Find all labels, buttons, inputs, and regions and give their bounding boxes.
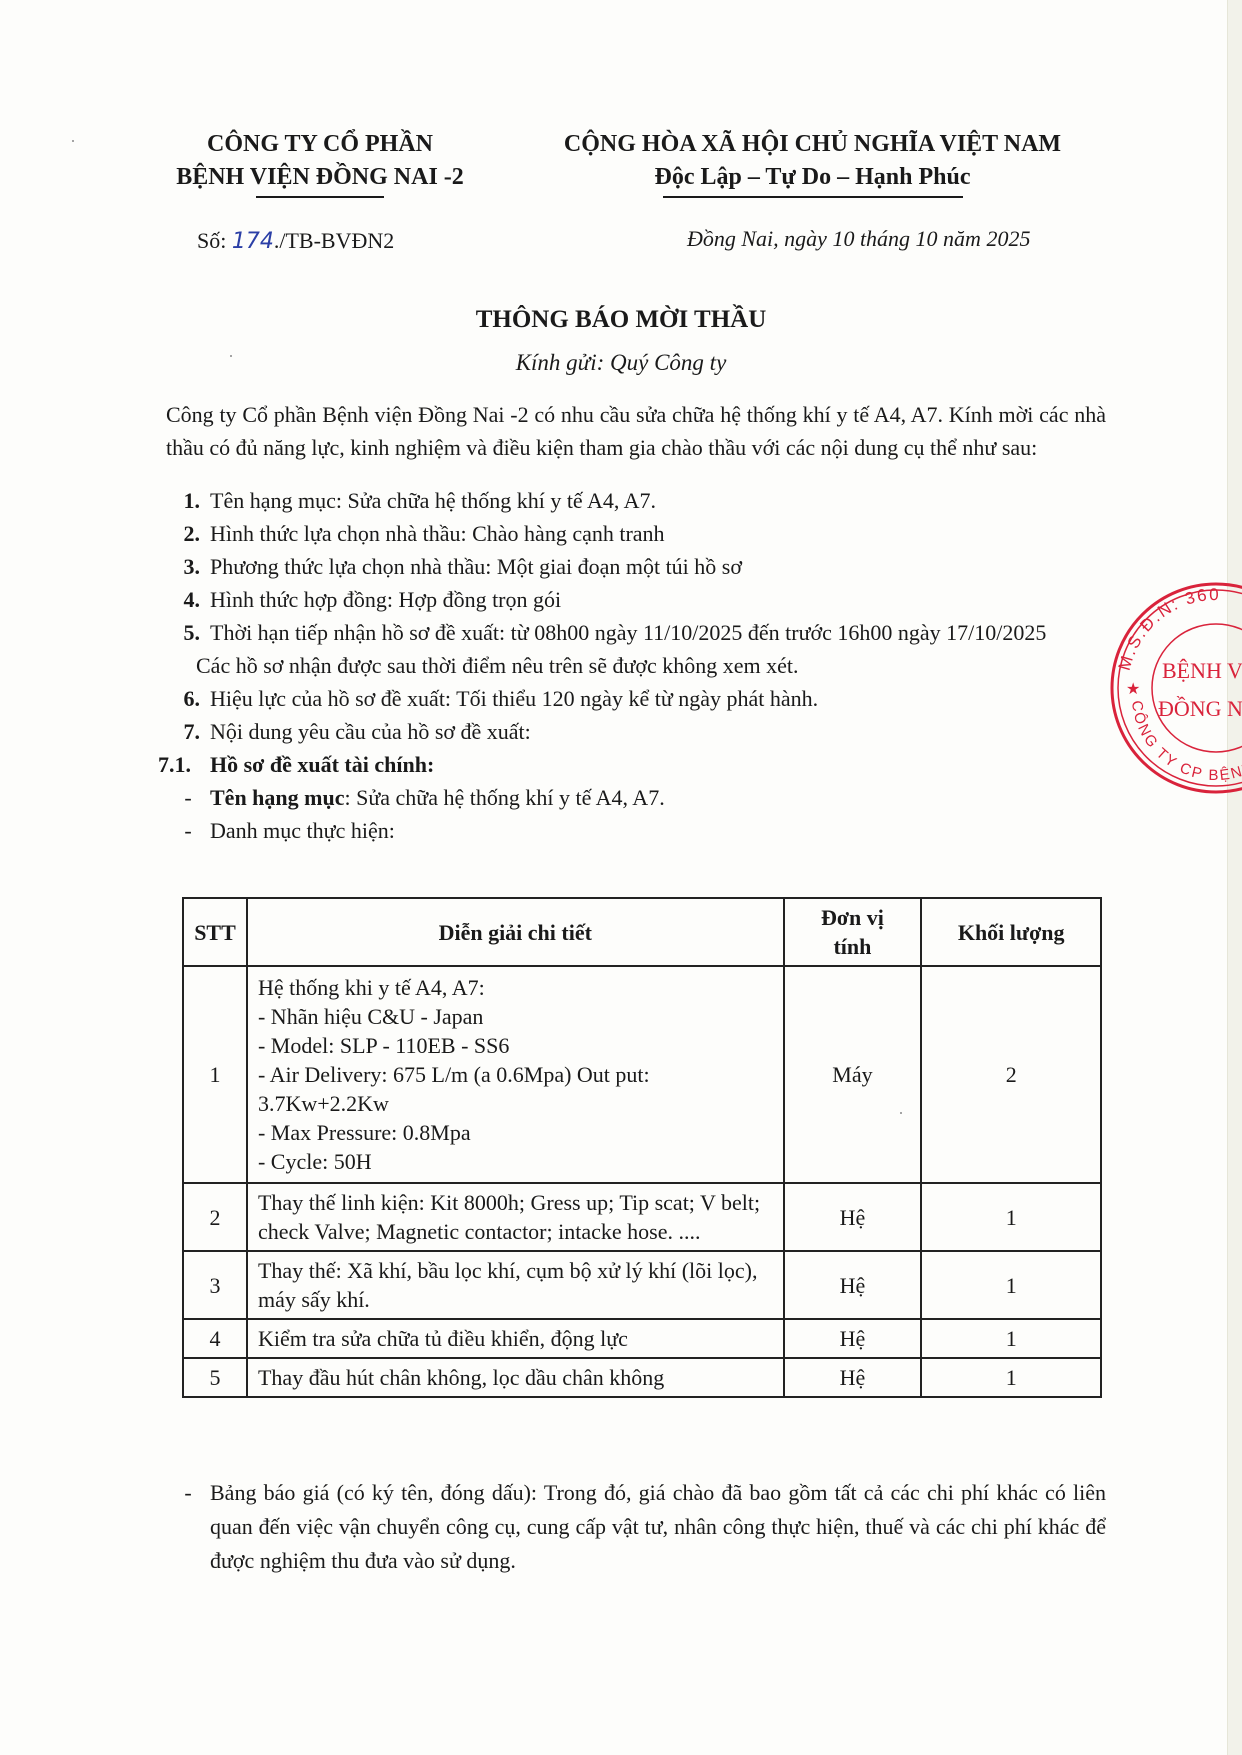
list-item: 4.Hình thức hợp đồng: Hợp đồng trọn gói xyxy=(166,583,1106,616)
motto-underline xyxy=(663,196,963,198)
description-line: Thay thế linh kiện: Kit 8000h; Gress up;… xyxy=(258,1188,773,1246)
item-number: 3. xyxy=(166,550,210,583)
item-number: 1. xyxy=(166,484,210,517)
cell-quantity: 1 xyxy=(921,1183,1101,1251)
description-line: - Air Delivery: 675 L/m (a 0.6Mpa) Out p… xyxy=(258,1060,773,1118)
bullet-item: -Bảng báo giá (có ký tên, đóng dấu): Tro… xyxy=(166,1476,1106,1578)
item-number: 2. xyxy=(166,517,210,550)
cell-unit: Hệ xyxy=(784,1183,922,1251)
item-text: Nội dung yêu cầu của hồ sơ đề xuất: xyxy=(210,715,1106,748)
list-item: 6.Hiệu lực của hồ sơ đề xuất: Tối thiểu … xyxy=(166,682,1106,715)
scan-speck xyxy=(900,1112,902,1114)
cell-unit: Máy xyxy=(784,966,922,1183)
table-row: 2Thay thế linh kiện: Kit 8000h; Gress up… xyxy=(183,1183,1101,1251)
item-number: 7. xyxy=(166,715,210,748)
quote-requirement-text: Bảng báo giá (có ký tên, đóng dấu): Tron… xyxy=(210,1476,1106,1578)
cell-description: Thay đầu hút chân không, lọc dầu chân kh… xyxy=(247,1358,784,1397)
stamp-center-line1: BỆNH V xyxy=(1162,658,1242,683)
work-items-table: STT Diễn giải chi tiết Đơn vị tính Khối … xyxy=(182,897,1102,1398)
item-text: Tên hạng mục: Sửa chữa hệ thống khí y tế… xyxy=(210,484,1106,517)
item-text: Hình thức lựa chọn nhà thầu: Chào hàng c… xyxy=(210,517,1106,550)
cell-quantity: 1 xyxy=(921,1358,1101,1397)
dash-bullet: - xyxy=(166,814,210,847)
cell-quantity: 2 xyxy=(921,966,1101,1183)
bullet-text: : Sửa chữa hệ thống khí y tế A4, A7. xyxy=(344,785,664,810)
cell-unit: Hệ xyxy=(784,1251,922,1319)
description-line: - Model: SLP - 110EB - SS6 xyxy=(258,1031,773,1060)
section-title: Hồ sơ đề xuất tài chính: xyxy=(210,748,434,781)
cell-description: Hệ thống khi y tế A4, A7:- Nhãn hiệu C&U… xyxy=(247,966,784,1183)
cell-stt: 3 xyxy=(183,1251,247,1319)
page-edge xyxy=(1227,0,1242,1755)
bullet-item: -Danh mục thực hiện: xyxy=(166,814,1106,847)
description-line: - Cycle: 50H xyxy=(258,1147,773,1176)
cell-quantity: 1 xyxy=(921,1251,1101,1319)
cell-stt: 2 xyxy=(183,1183,247,1251)
item-text: Phương thức lựa chọn nhà thầu: Một giai … xyxy=(210,550,1106,583)
scan-speck xyxy=(72,140,74,142)
bullet-bold: Tên hạng mục xyxy=(210,785,344,810)
item5-note: Các hồ sơ nhận được sau thời điểm nêu tr… xyxy=(166,649,1106,682)
scan-speck xyxy=(230,355,232,357)
col-header-description: Diễn giải chi tiết xyxy=(247,898,784,966)
cell-stt: 5 xyxy=(183,1358,247,1397)
cell-description: Thay thế: Xã khí, bầu lọc khí, cụm bộ xử… xyxy=(247,1251,784,1319)
item-number: 4. xyxy=(166,583,210,616)
list-item: 3.Phương thức lựa chọn nhà thầu: Một gia… xyxy=(166,550,1106,583)
table-row: 1Hệ thống khi y tế A4, A7:- Nhãn hiệu C&… xyxy=(183,966,1101,1183)
item-text: Hình thức hợp đồng: Hợp đồng trọn gói xyxy=(210,583,1106,616)
star-icon: ★ xyxy=(1126,679,1140,698)
intro-paragraph: Công ty Cổ phần Bệnh viện Đồng Nai -2 có… xyxy=(166,398,1106,464)
national-motto-block: CỘNG HÒA XÃ HỘI CHỦ NGHĨA VIỆT NAM Độc L… xyxy=(535,128,1090,198)
doc-number-handwritten: 174 xyxy=(232,229,274,254)
item-text: Thời hạn tiếp nhận hồ sơ đề xuất: từ 08h… xyxy=(210,616,1106,649)
item-number: 6. xyxy=(166,682,210,715)
table-header-row: STT Diễn giải chi tiết Đơn vị tính Khối … xyxy=(183,898,1101,966)
salutation: Kính gửi: Quý Công ty xyxy=(0,350,1242,376)
bullet-item: -Tên hạng mục: Sửa chữa hệ thống khí y t… xyxy=(166,781,1106,814)
table-row: 4Kiểm tra sửa chữa tủ điều khiển, động l… xyxy=(183,1319,1101,1358)
company-seal-stamp: M.S.Đ.N: 360 CÔNG TY CP BỆNH ★ BỆNH V ĐỒ… xyxy=(1106,578,1242,798)
issuer-line1: CÔNG TY CỔ PHẦN xyxy=(150,128,490,161)
table-row: 5Thay đầu hút chân không, lọc dầu chân k… xyxy=(183,1358,1101,1397)
cell-description: Thay thế linh kiện: Kit 8000h; Gress up;… xyxy=(247,1183,784,1251)
cell-unit: Hệ xyxy=(784,1358,922,1397)
description-line: Hệ thống khi y tế A4, A7: xyxy=(258,973,773,1002)
col-header-stt: STT xyxy=(183,898,247,966)
doc-number-suffix: ./TB-BVĐN2 xyxy=(274,228,394,253)
item-text: Hiệu lực của hồ sơ đề xuất: Tối thiểu 12… xyxy=(210,682,1106,715)
country-name: CỘNG HÒA XÃ HỘI CHỦ NGHĨA VIỆT NAM xyxy=(535,128,1090,161)
cell-stt: 1 xyxy=(183,966,247,1183)
list-item: 5.Thời hạn tiếp nhận hồ sơ đề xuất: từ 0… xyxy=(166,616,1106,649)
issuer-block: CÔNG TY CỔ PHẦN BỆNH VIỆN ĐỒNG NAI -2 xyxy=(150,128,490,198)
requirements-list: 1.Tên hạng mục: Sửa chữa hệ thống khí y … xyxy=(166,484,1106,847)
list-item: 7.Nội dung yêu cầu của hồ sơ đề xuất: xyxy=(166,715,1106,748)
cell-unit: Hệ xyxy=(784,1319,922,1358)
table-row: 3Thay thế: Xã khí, bầu lọc khí, cụm bộ x… xyxy=(183,1251,1101,1319)
description-line: - Max Pressure: 0.8Mpa xyxy=(258,1118,773,1147)
description-line: Kiểm tra sửa chữa tủ điều khiển, động lự… xyxy=(258,1324,773,1353)
cell-stt: 4 xyxy=(183,1319,247,1358)
col-header-unit: Đơn vị tính xyxy=(784,898,922,966)
document-title: THÔNG BÁO MỜI THẦU xyxy=(0,306,1242,334)
motto: Độc Lập – Tự Do – Hạnh Phúc xyxy=(535,161,1090,194)
dash-bullet: - xyxy=(166,1476,210,1578)
description-line: - Nhãn hiệu C&U - Japan xyxy=(258,1002,773,1031)
after-table-notes: -Bảng báo giá (có ký tên, đóng dấu): Tro… xyxy=(166,1476,1106,1578)
section-number: 7.1. xyxy=(158,748,202,781)
description-line: Thay đầu hút chân không, lọc dầu chân kh… xyxy=(258,1363,773,1392)
list-item: 1.Tên hạng mục: Sửa chữa hệ thống khí y … xyxy=(166,484,1106,517)
section-heading: 7.1.Hồ sơ đề xuất tài chính: xyxy=(166,748,1106,781)
place-date: Đồng Nai, ngày 10 tháng 10 năm 2025 xyxy=(687,226,1030,252)
stamp-center-line2: ĐỒNG N xyxy=(1158,696,1242,721)
col-header-quantity: Khối lượng xyxy=(921,898,1101,966)
doc-number-prefix: Số: xyxy=(197,228,232,253)
document-number: Số: 174./TB-BVĐN2 xyxy=(197,228,394,254)
table-body: 1Hệ thống khi y tế A4, A7:- Nhãn hiệu C&… xyxy=(183,966,1101,1397)
bullet-text: Danh mục thực hiện: xyxy=(210,814,1106,847)
dash-bullet: - xyxy=(166,781,210,814)
list-item: 2.Hình thức lựa chọn nhà thầu: Chào hàng… xyxy=(166,517,1106,550)
issuer-line2: BỆNH VIỆN ĐỒNG NAI -2 xyxy=(150,161,490,194)
cell-quantity: 1 xyxy=(921,1319,1101,1358)
item-number: 5. xyxy=(166,616,210,649)
issuer-underline xyxy=(256,196,384,198)
cell-description: Kiểm tra sửa chữa tủ điều khiển, động lự… xyxy=(247,1319,784,1358)
description-line: Thay thế: Xã khí, bầu lọc khí, cụm bộ xử… xyxy=(258,1256,773,1314)
